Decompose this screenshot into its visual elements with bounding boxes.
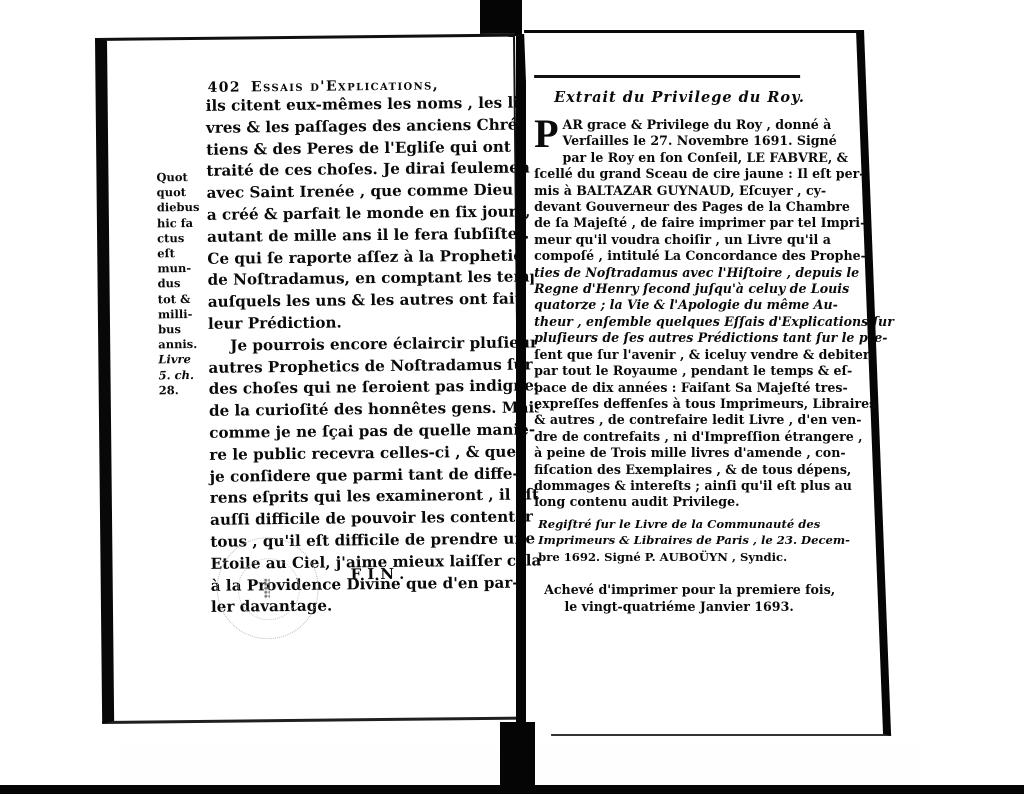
text-line: meur qu'il voudra choiſir , un Livre qu'… [534, 232, 824, 248]
margin-note-line: diebus [157, 200, 205, 216]
text-line: Regne d'Henry ſecond juſqu'à celuy de Lo… [534, 281, 824, 297]
spine-top [480, 0, 522, 36]
text-line: autant de mille ans il le fera ſubſiſter… [207, 223, 517, 248]
colophon: Achevé d'imprimer pour la premiere fois,… [544, 581, 814, 615]
margin-note-line: Quot [156, 170, 204, 186]
text-line: auſſi difficile de pouvoir les contenter [210, 507, 520, 532]
text-line: bre 1692. Signé P. AUBOÜYN , Syndic. [538, 549, 828, 565]
text-line: ils citent eux-mêmes les noms , les li- [206, 93, 516, 118]
text-line: de ſa Majeſté , de faire imprimer par te… [534, 215, 824, 231]
text-line: expreſſes deffenſes à tous Imprimeurs, L… [534, 396, 824, 412]
text-line: dre de contrefaits , ni d'Impreſſion étr… [534, 429, 824, 445]
text-line: fiſcation des Exemplaires , & de tous dé… [534, 462, 824, 478]
text-line: compoſé , intitulé La Concordance des Pr… [534, 248, 824, 264]
text-line: pace de dix années : Faiſant Sa Majeſté … [534, 380, 824, 396]
text-line: ſcellé du grand Sceau de cire jaune : Il… [534, 166, 824, 182]
text-line: ties de Noſtradamus avec l'Hiſtoire , de… [534, 265, 824, 281]
privilege-text: P AR grace & Privilege du Roy , donné à … [534, 117, 824, 511]
text-line: re le public recevra celles-ci , & que [209, 441, 519, 466]
text-line: Achevé d'imprimer pour la premiere fois, [544, 581, 814, 598]
text-line: Regiſtré ſur le Livre de la Communauté d… [538, 516, 828, 532]
text-line: theur , enſemble quelques Eſſais d'Expli… [534, 314, 824, 330]
margin-note-line: tot & [158, 291, 206, 307]
margin-note-line: mun- [157, 261, 205, 277]
scan-bottom-edge [0, 785, 1024, 794]
text-line: de la curioſité des honnêtes gens. Mais [209, 398, 519, 423]
text-line: Je pourrois encore éclaircir pluſieurs [208, 332, 518, 357]
text-line: vres & les paſſages des anciens Chré- [206, 114, 516, 139]
library-stamp-icon [216, 537, 319, 640]
margin-note-line: dus [158, 276, 206, 292]
text-line: Verſailles le 27. Novembre 1691. Signé [534, 133, 824, 149]
text-line: auſquels les uns & les autres ont fait [208, 289, 518, 314]
left-page: 402Essais d'Explications, Quot quot dieb… [95, 34, 522, 724]
margin-note-line: hic fa [157, 215, 205, 231]
text-line: par le Roy en ſon Conſeil, LE FABVRE, & [534, 150, 824, 166]
text-line: dommages & intereſts ; ainſi qu'il eſt p… [534, 478, 824, 494]
text-line: comme je ne ſçai pas de quelle manie- [209, 420, 519, 445]
text-line: de Noſtradamus, en comptant les temps [207, 267, 517, 292]
running-head-title: Essais d'Explications, [251, 77, 439, 95]
page-number: 402 [207, 79, 241, 95]
text-line: pluſieurs de ſes autres Prédictions tant… [534, 330, 824, 346]
header-rule [534, 75, 800, 78]
text-line: & autres , de contrefaire ledit Livre , … [534, 412, 824, 428]
fin-label: FIN. [351, 565, 411, 584]
spine-bottom [500, 722, 535, 786]
text-line: le vingt-quatriéme Janvier 1693. [544, 598, 814, 615]
text-line: à peine de Trois mille livres d'amende ,… [534, 445, 824, 461]
book-gutter [516, 34, 526, 724]
text-line: par tout le Royaume , pendant le temps &… [534, 363, 824, 379]
text-line: AR grace & Privilege du Roy , donné à [534, 117, 824, 133]
margin-reference: 28. [159, 383, 207, 399]
text-line: devant Gouverneur des Pages de la Chambr… [534, 199, 824, 215]
registration-note: Regiſtré ſur le Livre de la Communauté d… [538, 516, 828, 565]
margin-note-line: ctus [157, 231, 205, 247]
text-line: mis à BALTAZAR GUYNAUD, Eſcuyer , cy- [534, 183, 824, 199]
text-line: ſent que ſur l'avenir , & iceluy vendre … [534, 347, 824, 363]
margin-note-line: milli- [158, 307, 206, 323]
text-line: quatorze ; la Vie & l'Apologie du même A… [534, 297, 824, 313]
right-page: Extrait du Privilege du Roy. P AR grace … [524, 30, 891, 736]
margin-note-line: quot [157, 185, 205, 201]
margin-reference: 5. ch. [158, 367, 206, 383]
text-line: Imprimeurs & Libraires de Paris , le 23.… [538, 532, 828, 548]
margin-note-line: annis. [158, 337, 206, 353]
margin-note-line: bus [158, 322, 206, 338]
margin-reference: Livre [158, 352, 206, 368]
text-line: long contenu audit Privilege. [534, 494, 824, 510]
margin-note: Quot quot diebus hic fa ctus eſt mun- du… [156, 170, 206, 399]
drop-cap: P [534, 118, 558, 150]
paragraph-1: ils citent eux-mêmes les noms , les li- … [206, 93, 518, 336]
privilege-title: Extrait du Privilege du Roy. [554, 89, 805, 106]
text-line: a créé & parfait le monde en ſix jours, [207, 202, 517, 227]
margin-note-line: eſt [157, 246, 205, 262]
